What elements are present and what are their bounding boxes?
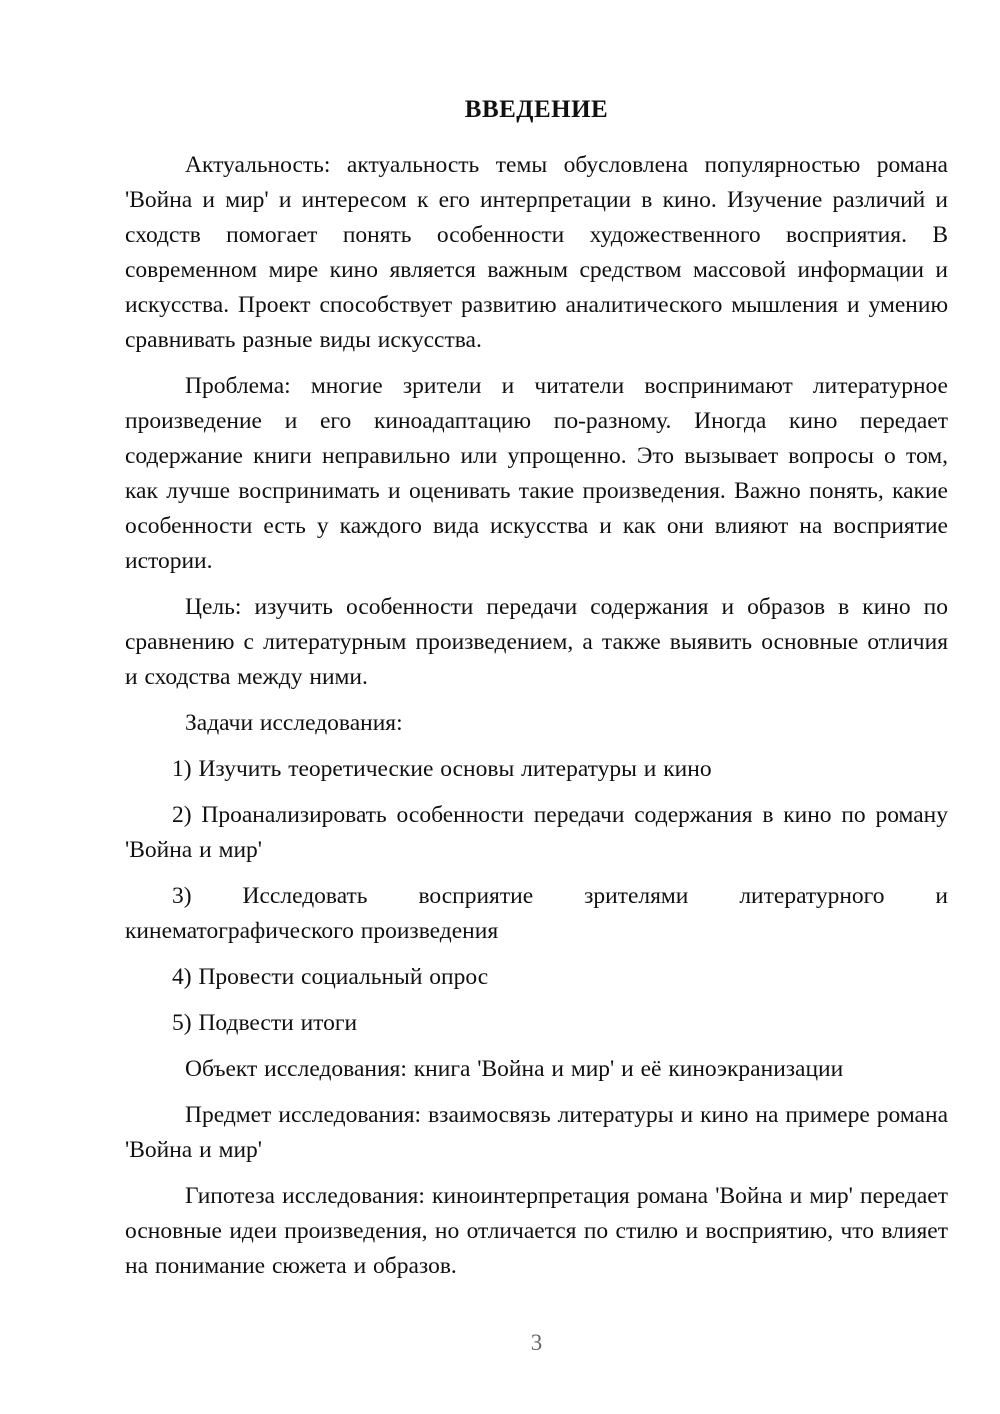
task-item-5: 5) Подвести итоги bbox=[125, 1006, 948, 1041]
page-number: 3 bbox=[125, 1328, 948, 1358]
task-item-3: 3) Исследовать восприятие зрителями лите… bbox=[125, 879, 948, 949]
task-item-2: 2) Проанализировать особенности передачи… bbox=[125, 798, 948, 868]
paragraph-object: Объект исследования: книга 'Война и мир'… bbox=[125, 1052, 948, 1087]
paragraph-goal: Цель: изучить особенности передачи содер… bbox=[125, 590, 948, 695]
document-page: ВВЕДЕНИЕ Актуальность: актуальность темы… bbox=[0, 0, 1000, 1414]
page-content: ВВЕДЕНИЕ Актуальность: актуальность темы… bbox=[125, 96, 948, 1284]
task-item-4: 4) Провести социальный опрос bbox=[125, 960, 948, 995]
task-item-1: 1) Изучить теоретические основы литерату… bbox=[125, 752, 948, 787]
tasks-heading: Задачи исследования: bbox=[125, 706, 948, 741]
paragraph-hypothesis: Гипотеза исследования: киноинтерпретация… bbox=[125, 1179, 948, 1284]
page-title: ВВЕДЕНИЕ bbox=[125, 96, 948, 124]
paragraph-subject: Предмет исследования: взаимосвязь литера… bbox=[125, 1098, 948, 1168]
paragraph-problem: Проблема: многие зрители и читатели восп… bbox=[125, 369, 948, 579]
paragraph-relevance: Актуальность: актуальность темы обусловл… bbox=[125, 148, 948, 358]
